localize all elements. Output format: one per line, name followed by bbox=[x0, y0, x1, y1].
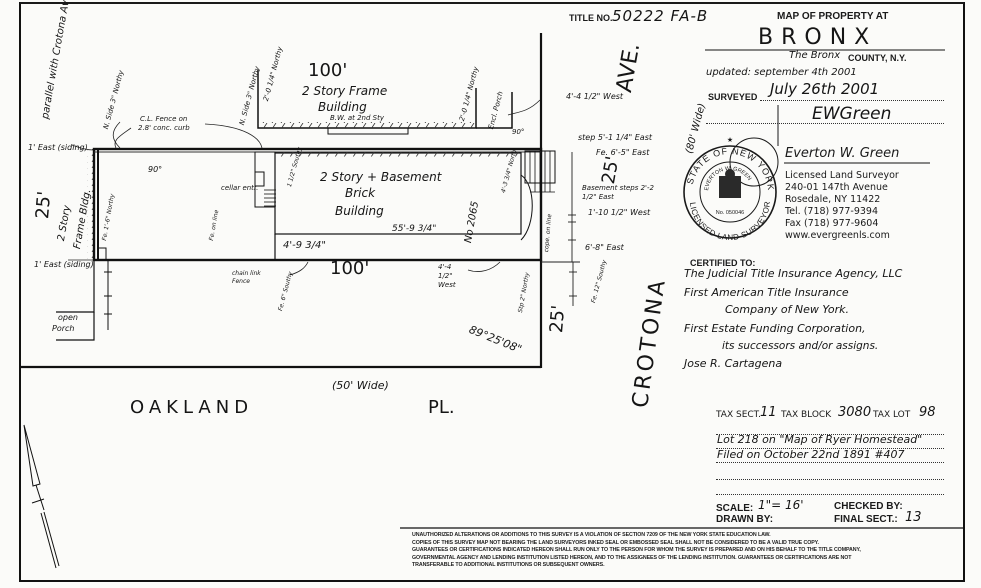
svg-text:★: ★ bbox=[727, 136, 733, 144]
surveyed-line bbox=[760, 100, 944, 101]
svg-text:LICENSED LAND SURVEYOR: LICENSED LAND SURVEYOR bbox=[688, 200, 772, 242]
description-line-2: Filed on October 22nd 1891 #407 bbox=[717, 448, 905, 461]
north-building-line2: Building bbox=[318, 100, 367, 114]
note-west-1-10: 1'-10 1/2" West bbox=[588, 208, 650, 217]
property-location: BRONX bbox=[758, 25, 877, 50]
certified-line-4: First Estate Funding Corporation, bbox=[684, 322, 866, 335]
note-east-6-8: 6'-8" East bbox=[585, 243, 624, 252]
tax-sect-value: 11 bbox=[760, 405, 777, 420]
tax-lot-label: TAX LOT bbox=[873, 410, 910, 420]
note-west-4-4b: 4'-4 1/2" West bbox=[438, 263, 468, 290]
street-oakland-suffix: PL. bbox=[428, 397, 455, 418]
dim-south-100: 100' bbox=[330, 258, 369, 279]
surveyed-label: SURVEYED bbox=[708, 92, 757, 102]
note-ninety-west: 90° bbox=[148, 165, 162, 174]
disclaimer-line-1: UNAUTHORIZED ALTERATIONS OR ADDITIONS TO… bbox=[412, 532, 861, 540]
surveyor-tel: Tel. (718) 977-9394 bbox=[785, 206, 878, 217]
surveyor-web: www.evergreenls.com bbox=[785, 230, 890, 241]
street-oakland-label: OAKLAND bbox=[130, 397, 253, 418]
title-no-value: 50222 FA-B bbox=[612, 7, 708, 25]
note-east-siding-top: 1' East (siding) bbox=[28, 143, 88, 152]
certified-line-5: its successors and/or assigns. bbox=[722, 340, 878, 352]
note-east-siding-bottom: 1' East (siding) bbox=[34, 260, 94, 269]
tax-lot-value: 98 bbox=[919, 405, 936, 420]
north-building-line3: B.W. at 2nd Sty bbox=[330, 114, 384, 122]
county-value: The Bronx bbox=[789, 50, 840, 61]
scale-value: 1"= 16' bbox=[758, 498, 804, 512]
note-chain-link: chain link Fence bbox=[232, 270, 262, 286]
svg-text:No. 050046: No. 050046 bbox=[716, 210, 744, 216]
legal-disclaimer: UNAUTHORIZED ALTERATIONS OR ADDITIONS TO… bbox=[412, 532, 861, 570]
map-of-property-label: MAP OF PROPERTY AT bbox=[777, 11, 888, 22]
final-sect-label: FINAL SECT.: bbox=[834, 514, 898, 525]
surveyor-title: Licensed Land Surveyor bbox=[785, 170, 899, 181]
description-line-1: Lot 218 on "Map of Ryer Homestead" bbox=[717, 433, 922, 446]
disclaimer-line-4: GOVERNMENTAL AGENCY AND LENDING INSTITUT… bbox=[412, 555, 861, 563]
certified-line-2: First American Title Insurance bbox=[684, 286, 849, 299]
disclaimer-line-3: GUARANTEES OR CERTIFICATIONS INDICATED H… bbox=[412, 547, 861, 555]
tax-sect-label: TAX SECT. bbox=[716, 410, 761, 420]
surveyor-name: Everton W. Green bbox=[785, 146, 899, 161]
dim-setback: 4'-9 3/4" bbox=[283, 240, 326, 251]
dim-west-25: 25' bbox=[32, 190, 55, 220]
main-building-line3: Building bbox=[335, 204, 384, 218]
description-line-e bbox=[716, 494, 944, 495]
scale-label: SCALE: bbox=[716, 503, 753, 514]
note-ninety-east: 90° bbox=[512, 128, 524, 136]
main-building-line2: Brick bbox=[345, 186, 375, 200]
open-porch-line1: open bbox=[58, 313, 78, 322]
surveyor-fax: Fax (718) 977-9604 bbox=[785, 218, 878, 229]
disclaimer-line-5: TRANSFERABLE TO ADDITIONAL INSTITUTIONS … bbox=[412, 562, 861, 570]
note-step: step 5'-1 1/4" East bbox=[578, 133, 652, 142]
county-label: COUNTY, N.Y. bbox=[848, 53, 907, 63]
dim-north-100: 100' bbox=[308, 60, 347, 81]
surveyor-signature: EWGreen bbox=[812, 104, 891, 124]
surveyor-address1: 240-01 147th Avenue bbox=[785, 182, 888, 193]
updated-date: updated: september 4th 2001 bbox=[706, 67, 857, 78]
tax-block-label: TAX BLOCK bbox=[781, 410, 831, 420]
main-building-line1: 2 Story + Basement bbox=[320, 170, 441, 184]
disclaimer-line-2: COPIES OF THIS SURVEY MAP NOT BEARING TH… bbox=[412, 540, 861, 548]
surveyor-address2: Rosedale, NY 11422 bbox=[785, 194, 880, 205]
oakland-width: (50' Wide) bbox=[332, 379, 389, 392]
survey-sheet: ★ STATE OF NEW YORK LICENSED LAND SURVEY… bbox=[0, 0, 981, 588]
certified-line-1: The Judicial Title Insurance Agency, LLC bbox=[684, 267, 902, 280]
north-building-line1: 2 Story Frame bbox=[302, 84, 387, 98]
note-west-4-4: 4'-4 1/2" West bbox=[566, 92, 623, 101]
north-arrow-icon bbox=[24, 425, 59, 568]
title-no-label: TITLE NO. bbox=[569, 13, 613, 23]
certified-line-6: Jose R. Cartagena bbox=[684, 357, 782, 370]
note-cl-fence: C.L. Fence on bbox=[140, 115, 187, 123]
description-line-d bbox=[716, 479, 944, 480]
dim-brick-depth: 55'-9 3/4" bbox=[392, 224, 436, 234]
cellar-entrance: cellar entr. bbox=[221, 184, 258, 192]
drawn-by-label: DRAWN BY: bbox=[716, 514, 773, 525]
final-sect-value: 13 bbox=[905, 510, 922, 525]
tax-block-value: 3080 bbox=[838, 405, 871, 420]
checked-by-label: CHECKED BY: bbox=[834, 501, 903, 512]
surveyed-date: July 26th 2001 bbox=[770, 80, 879, 98]
note-fe-6-5: Fe. 6'-5" East bbox=[596, 148, 649, 157]
dim-east-25b: 25' bbox=[546, 304, 569, 334]
certified-line-3: Company of New York. bbox=[725, 303, 849, 316]
note-basement-steps: Basement steps 2'-2 1/2" East bbox=[582, 184, 662, 202]
note-cl-fence2: 2.8' conc. curb bbox=[138, 124, 190, 132]
description-line-c bbox=[716, 462, 944, 463]
open-porch-line2: Porch bbox=[52, 324, 74, 333]
